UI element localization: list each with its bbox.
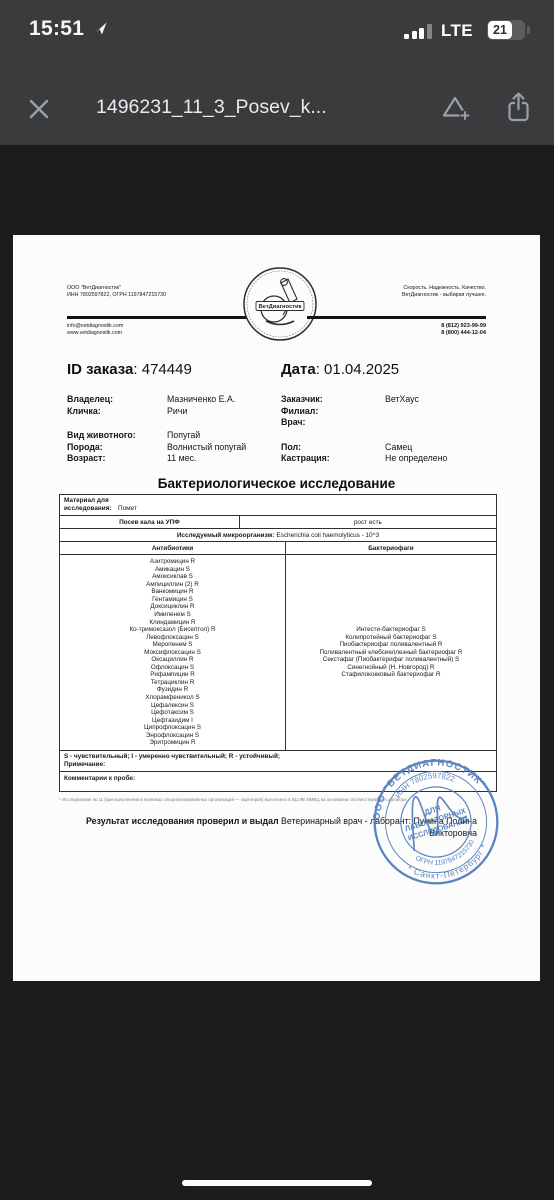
list-item: Цефалексин S (60, 702, 285, 710)
results-body-row: Азитромицин RАмикацин SАмоксиклав SАмпиц… (60, 554, 496, 750)
field-value: Самец (385, 442, 412, 454)
material-row: Материал для исследования:Помет (60, 495, 496, 515)
antibiotics-header: Антибиотики (60, 542, 285, 554)
field-label: Филиал: (281, 406, 385, 418)
letterhead-slogan-block: Скорость. Надежность. Качество. ВетДиагн… (402, 285, 486, 299)
order-date-value: : 01.04.2025 (316, 361, 399, 378)
material-label: Материал для исследования: (64, 497, 116, 512)
list-item: Левофлоксацин S (60, 634, 285, 642)
field-value: Попугай (167, 430, 200, 442)
list-item: Ванкомицин R (60, 588, 285, 596)
document-title: 1496231_11_3_Posev_k... (96, 96, 406, 119)
company-name: ООО "ВетДиагностик" (67, 285, 166, 292)
order-id-value: : 474449 (133, 361, 191, 378)
organism-row: Исследуемый микроорганизм:Escherichia co… (60, 528, 496, 541)
field-row: Пол:Самец (281, 442, 493, 454)
list-item: Ампициллин (2) R (60, 581, 285, 589)
field-label: Врач: (281, 417, 385, 429)
field-row: Кастрация:Не определено (281, 453, 493, 465)
list-item: Фузидин R (60, 686, 285, 694)
field-row: Заказчик:ВетХаус (281, 394, 493, 406)
list-item: Оксациллин R (60, 656, 285, 664)
company-site: www.vetdiagnostik.com (67, 330, 123, 337)
field-row: Врач: (281, 417, 493, 429)
field-value: Ричи (167, 406, 187, 418)
list-item: Меропенем S (60, 641, 285, 649)
list-item: Ко-тримоксазол (Бисептол) R (60, 626, 285, 634)
cell-signal-icon (404, 24, 432, 39)
battery-nub (527, 26, 530, 34)
field-label: Пол: (281, 442, 385, 454)
list-item: Ципрофлоксацин S (60, 724, 285, 732)
status-bar: 15:51 LTE 21 (0, 0, 554, 54)
field-label: Вид животного: (67, 430, 167, 442)
list-item: Пиобактериофаг поливалентный R (286, 641, 496, 649)
field-value: Не определено (385, 453, 447, 465)
company-logo: ВетДиагностик (241, 265, 319, 343)
phages-header: Бактериофаги (285, 542, 496, 554)
list-item: Имипенем S (60, 611, 285, 619)
list-item: Клиндамицин R (60, 619, 285, 627)
field-value: ВетХаус (385, 394, 419, 406)
report-title: Бактериологическое исследование (13, 476, 540, 491)
list-item: Эритромицин R (60, 739, 285, 747)
field-row: Кличка:Ричи (67, 406, 273, 418)
field-row: Вид животного:Попугай (67, 430, 273, 442)
field-row: Возраст:11 мес. (67, 453, 273, 465)
letterhead-divider-right (307, 316, 486, 319)
field-value: Волнистый попугай (167, 442, 246, 454)
field-label: Кличка: (67, 406, 167, 418)
list-item: Моксифлоксацин S (60, 649, 285, 657)
field-label: Кастрация: (281, 453, 385, 465)
close-icon[interactable] (26, 96, 52, 122)
list-item: Офлоксацин S (60, 664, 285, 672)
logo-text: ВетДиагностик (259, 304, 302, 310)
test-name: Посев кала на УПФ (60, 516, 239, 528)
list-item: Энрофлоксацин S (60, 732, 285, 740)
field-label: Возраст: (67, 453, 167, 465)
organism-label: Исследуемый микроорганизм: (177, 532, 275, 539)
home-indicator[interactable] (182, 1180, 372, 1186)
list-item: Амоксиклав S (60, 573, 285, 581)
location-arrow-icon (93, 21, 108, 36)
list-item: Интести-бактериофаг S (286, 626, 496, 634)
phone-screen: 15:51 LTE 21 1496231_11_3_Posev_k... (0, 0, 554, 1200)
pdf-viewer-toolbar: 1496231_11_3_Posev_k... (0, 72, 554, 144)
letterhead-company-block: ООО "ВетДиагностик" ИНН 7802597822, ОГРН… (67, 285, 166, 299)
pdf-page[interactable]: ООО "ВетДиагностик" ИНН 7802597822, ОГРН… (13, 235, 540, 981)
list-item: Амикацин S (60, 566, 285, 574)
material-value: Помет (118, 505, 137, 512)
list-item: Секстафаг (Пиобактерифаг поливалентный) … (286, 656, 496, 664)
phages-list: Интести-бактериофаг SКолипротейный бакте… (285, 555, 496, 750)
letterhead-phones-block: 8 (812) 923-99-99 8 (800) 444-12-04 (441, 323, 486, 337)
field-value: 11 мес. (167, 453, 196, 465)
patient-fields-right: Заказчик:ВетХаусФилиал:Врач:Пол:СамецКас… (281, 394, 493, 465)
columns-header-row: Антибиотики Бактериофаги (60, 541, 496, 554)
order-id: ID заказа: 474449 (67, 361, 192, 378)
field-label: Владелец: (67, 394, 167, 406)
slogan-2: ВетДиагностик - выбирая лучшее. (402, 292, 486, 299)
patient-fields-left: Владелец:Мазниченко Е.А.Кличка:РичиВид ж… (67, 394, 273, 465)
add-to-drive-icon[interactable] (442, 94, 470, 122)
company-reg: ИНН 7802597822, ОГРН 1197847215730 (67, 292, 166, 299)
order-date: Дата: 01.04.2025 (281, 361, 399, 378)
organism-value: Escherichia coli haemolyticus - 10^3 (276, 532, 379, 539)
result-signoff-bold: Результат исследования проверил и выдал (86, 816, 279, 826)
list-item: Гентамицин S (60, 596, 285, 604)
list-item: Тетрациклин R (60, 679, 285, 687)
order-date-label: Дата (281, 361, 316, 378)
list-item: Стафилококковый бактериофаг R (286, 671, 496, 679)
svg-text:* Санкт-Петербург *: * Санкт-Петербург * (404, 840, 495, 891)
order-id-label: ID заказа (67, 361, 133, 378)
test-result: рост есть (239, 516, 496, 528)
clock: 15:51 (29, 17, 84, 41)
test-row: Посев кала на УПФ рост есть (60, 515, 496, 528)
list-item: Азитромицин R (60, 558, 285, 566)
stamp-ring-bottom: * Санкт-Петербург * (404, 840, 495, 891)
phone-2: 8 (800) 444-12-04 (441, 330, 486, 337)
battery-icon: 21 (487, 20, 525, 40)
list-item: Цефотаксим S (60, 709, 285, 717)
field-row: Владелец:Мазниченко Е.А. (67, 394, 273, 406)
phone-1: 8 (812) 923-99-99 (441, 323, 486, 330)
app-chrome: 15:51 LTE 21 1496231_11_3_Posev_k... (0, 0, 554, 145)
battery-percent: 21 (488, 21, 512, 39)
antibiotics-list: Азитромицин RАмикацин SАмоксиклав SАмпиц… (60, 555, 285, 750)
field-label: Порода: (67, 442, 167, 454)
list-item: Рифампицин R (60, 671, 285, 679)
company-email: info@vetdiagnostik.com (67, 323, 123, 330)
list-item: Хлорамфеникол S (60, 694, 285, 702)
list-item: Доксициклин R (60, 603, 285, 611)
list-item: Цефтазидим I (60, 717, 285, 725)
share-icon[interactable] (505, 91, 532, 124)
network-type: LTE (441, 21, 473, 41)
letterhead-divider-left (67, 316, 246, 319)
field-row: Порода:Волнистый попугай (67, 442, 273, 454)
slogan-1: Скорость. Надежность. Качество. (402, 285, 486, 292)
letterhead-contact-block: info@vetdiagnostik.com www.vetdiagnostik… (67, 323, 123, 337)
field-row: Филиал: (281, 406, 493, 418)
field-value: Мазниченко Е.А. (167, 394, 235, 406)
field-label: Заказчик: (281, 394, 385, 406)
